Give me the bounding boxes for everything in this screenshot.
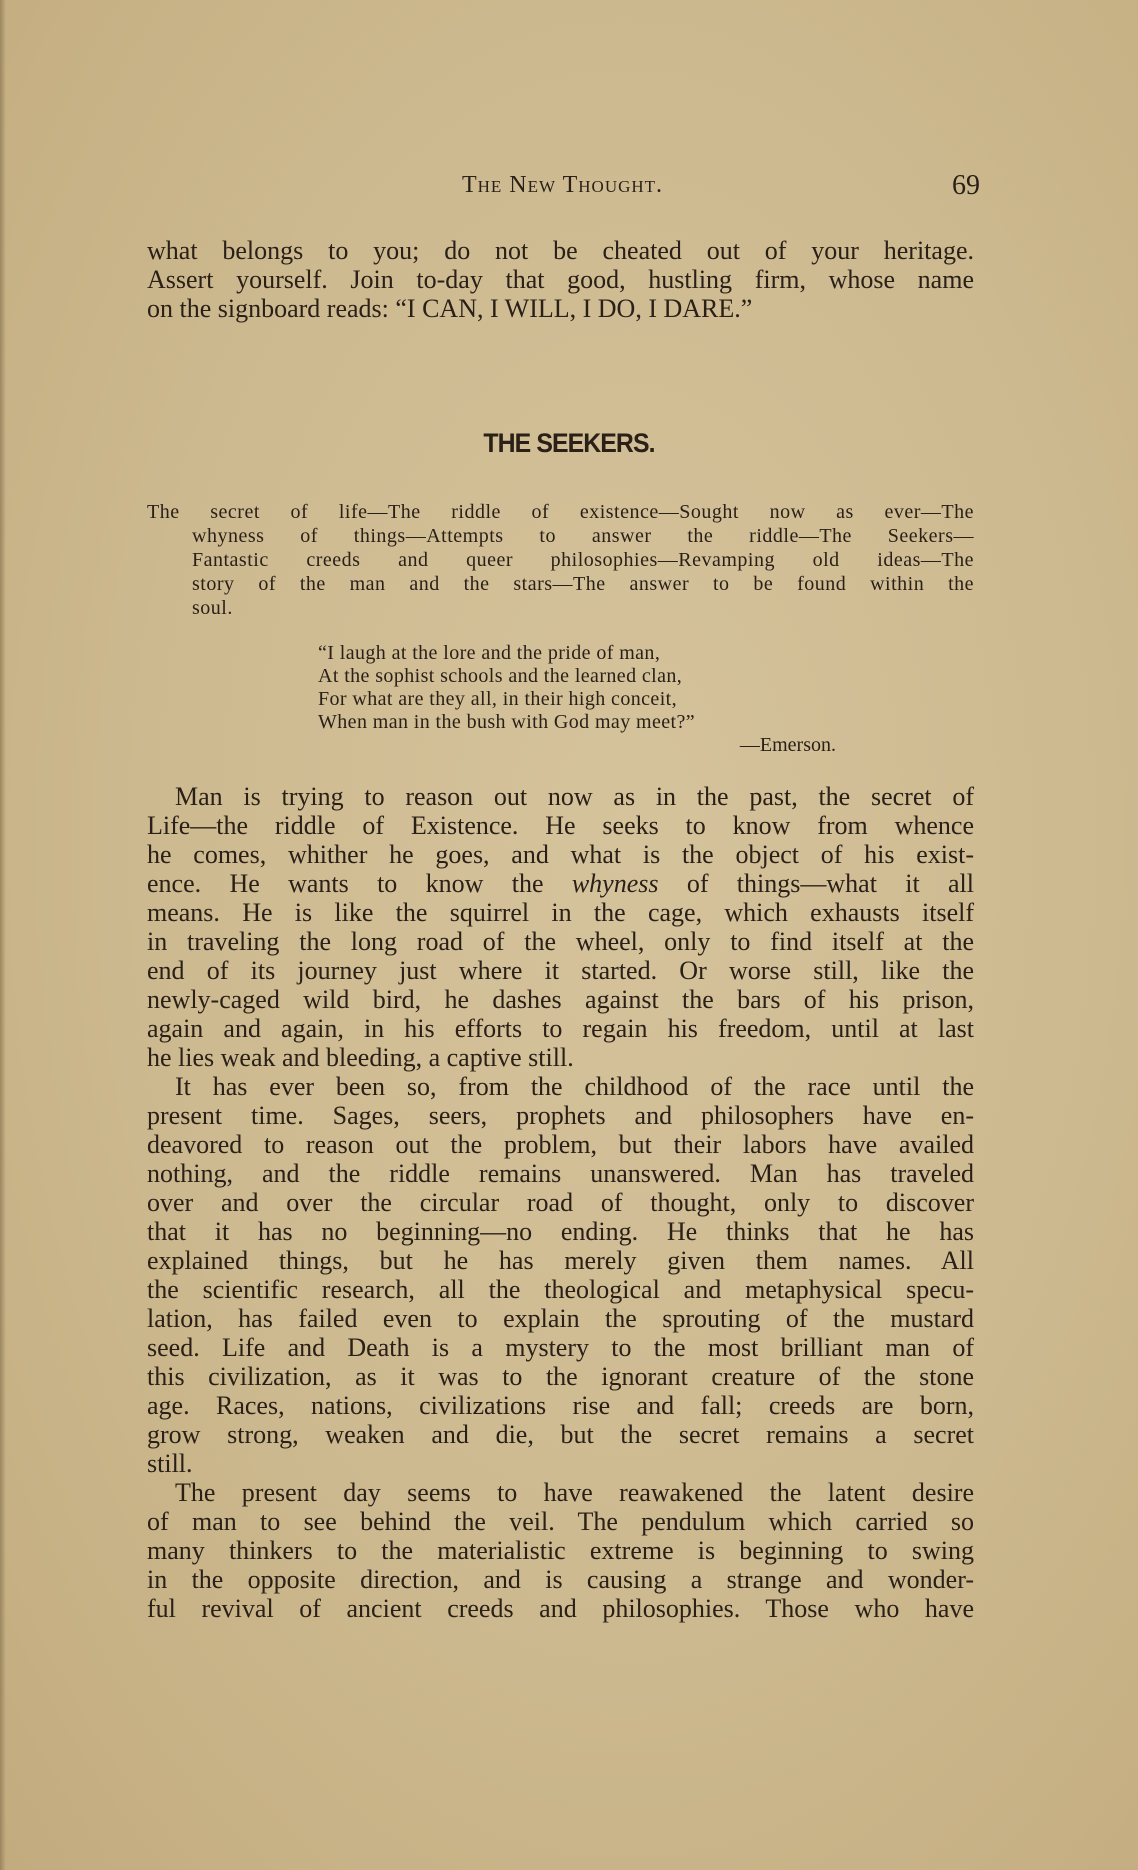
text-line: nothing, and the riddle remains unanswer… (147, 1159, 974, 1188)
text-line: seed. Life and Death is a mystery to the… (147, 1333, 974, 1362)
text-line: Life—the riddle of Existence. He seeks t… (147, 811, 974, 840)
text-line: Man is trying to reason out now as in th… (147, 782, 974, 811)
text-line: what belongs to you; do not be cheated o… (147, 236, 974, 265)
text-line: again and again, in his efforts to regai… (147, 1014, 974, 1043)
text-line: Assert yourself. Join to-day that good, … (147, 265, 974, 294)
text-line: grow strong, weaken and die, but the sec… (147, 1420, 974, 1449)
text-line: The present day seems to have reawakened… (147, 1478, 974, 1507)
text-run: of things—what it all (659, 869, 975, 898)
text-line: means. He is like the squirrel in the ca… (147, 898, 974, 927)
running-title: The New Thought. (145, 172, 980, 199)
text-line: It has ever been so, from the childhood … (147, 1072, 974, 1101)
text-line: many thinkers to the materialistic extre… (147, 1536, 974, 1565)
book-page: The New Thought. 69 what belongs to you;… (0, 0, 1138, 1870)
text-line: still. (147, 1449, 974, 1478)
text-line: lation, has failed even to explain the s… (147, 1304, 974, 1333)
text-line: that it has no beginning—no ending. He t… (147, 1217, 974, 1246)
text-line: end of its journey just where it started… (147, 956, 974, 985)
text-line: explained things, but he has merely give… (147, 1246, 974, 1275)
synopsis-line: story of the man and the stars—The answe… (147, 572, 974, 596)
synopsis-line: Fantastic creeds and queer philosophies—… (147, 548, 974, 572)
chapter-title: THE SEEKERS. (46, 428, 1093, 459)
text-line: newly-caged wild bird, he dashes against… (147, 985, 974, 1014)
text-line: he comes, whither he goes, and what is t… (147, 840, 974, 869)
intro-paragraph: what belongs to you; do not be cheated o… (147, 236, 974, 323)
text-line: ence. He wants to know the whyness of th… (147, 869, 974, 898)
text-line: in the opposite direction, and is causin… (147, 1565, 974, 1594)
text-line: age. Races, nations, civilizations rise … (147, 1391, 974, 1420)
text-line: the scientific research, all the theolog… (147, 1275, 974, 1304)
text-line: he lies weak and bleeding, a captive sti… (147, 1043, 974, 1072)
epigraph-line: For what are they all, in their high con… (318, 688, 836, 711)
text-line: this civilization, as it was to the igno… (147, 1362, 974, 1391)
page-number: 69 (952, 170, 980, 202)
italic-word: whyness (572, 869, 659, 898)
page-edge-shadow (0, 0, 6, 1870)
epigraph-line: When man in the bush with God may meet?” (318, 711, 836, 734)
text-line: in traveling the long road of the wheel,… (147, 927, 974, 956)
text-line: ful revival of ancient creeds and philos… (147, 1594, 974, 1623)
text-line: on the signboard reads: “I CAN, I WILL, … (147, 294, 974, 323)
text-line: deavored to reason out the problem, but … (147, 1130, 974, 1159)
chapter-synopsis: The secret of life—The riddle of existen… (147, 500, 974, 620)
epigraph-line: “I laugh at the lore and the pride of ma… (318, 642, 836, 665)
text-line: over and over the circular road of thoug… (147, 1188, 974, 1217)
synopsis-line: The secret of life—The riddle of existen… (147, 500, 974, 524)
synopsis-line: whyness of things—Attempts to answer the… (147, 524, 974, 548)
text-line: present time. Sages, seers, prophets and… (147, 1101, 974, 1130)
running-head: The New Thought. 69 (145, 170, 980, 206)
text-run: ence. He wants to know the (147, 869, 572, 898)
synopsis-line: soul. (147, 596, 974, 620)
epigraph-line: At the sophist schools and the learned c… (318, 665, 836, 688)
epigraph-attribution: —Emerson. (318, 734, 836, 757)
epigraph: “I laugh at the lore and the pride of ma… (318, 642, 836, 757)
text-line: of man to see behind the veil. The pendu… (147, 1507, 974, 1536)
body-text: Man is trying to reason out now as in th… (147, 782, 974, 1623)
